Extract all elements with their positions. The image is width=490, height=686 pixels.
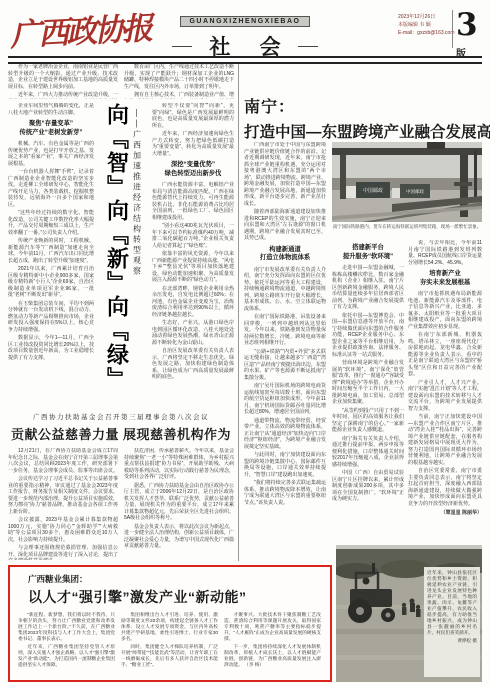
masthead-rule	[8, 56, 482, 64]
section-divider	[238, 64, 239, 561]
masthead-center: GUANGXIZHENGXIEBAO 社 会	[172, 10, 318, 61]
subhead-构建新通道: 构建新通道 打造立体物流体系	[244, 246, 326, 263]
transform-band: 企业车间里热气腾腾的变化，正是八桂大地产业转型的生动注脚。 聚焦“存量变革” 传…	[8, 103, 234, 409]
newspaper-page: 广西政协报 GUANGXIZHENGXIEBAO 社 会 2023年12月26日…	[0, 0, 490, 686]
subhead-存量变革: 聚焦“存量变革” 传统产业“老树发新芽”	[8, 120, 94, 137]
main-headline-subtitle: ——广西加速推进经济结构转型观察	[132, 103, 143, 409]
truck-label: 中国邮政	[406, 188, 424, 195]
editor-line: 本版编辑 韦 颖	[398, 21, 460, 29]
caption-text: 近年来，钟山县依托区位优势和乡土资源，积极延伸农业产业链，引进龙头企业发展特色种…	[427, 570, 477, 635]
subhead-培育新产业: 培育新产业 夯实未来发展根基	[408, 270, 482, 287]
transform-intro: 作为一家老牌冶金企业，南南铝业是民营广西转型升级的一个大缩影。通过产业升级、技术…	[8, 64, 234, 99]
photo-credit: 黄桦松 摄	[427, 638, 477, 644]
sugar-article-box: 广西糖业集团： 以人才“强引擎”激发产业“新动能” “新征程、新梦想，我们将以时…	[8, 565, 332, 682]
field-photo-caption: 近年来，钟山县依托区位优势和乡土资源，积极延伸农业产业链，引进龙头企业发展特色种…	[424, 567, 480, 677]
charity-column-2: 扶危济困，传承慈善薪火。今年以来，基金会持续聚焦“一老一小”等特殊困难群体，为乡…	[124, 448, 234, 560]
vertical-headline-block: 向『智』向『新』向『绿』 ——广西加速推进经济结构转型观察	[94, 103, 152, 409]
transform-column-2: 转型不仅要“向智”“向新”，更要“向绿”。绿色是广西发展最鲜明的底色，也是高质量…	[152, 103, 234, 409]
truck-label: 中国邮政	[363, 187, 383, 194]
transform-article: 作为一家老牌冶金企业，南南铝业是民营广西转型升级的一个大缩影。通过产业升级、技术…	[8, 64, 234, 561]
publication-date: 2023年12月26日	[398, 13, 460, 21]
subhead-变量优势: 深挖“变量优势” 绿色转型迈出新步伐	[152, 161, 234, 178]
port-photo: 中国邮政 中国邮政	[332, 142, 482, 222]
sugar-headline: 以人才“强引擎”激发产业“新动能”	[28, 587, 322, 607]
nanning-column-3: 说，与去年相比，今年前11月南宁国际铁路港到发班列数量、RCEP成员国航线口岸货…	[408, 240, 482, 561]
column-body: 广西水能资源丰富，电解铝产业布局与清洁能源高度匹配。广西在绿色能源替代上持续发力…	[152, 182, 234, 381]
column-body: 南宁市抢抓机遇布局新能源电池、新能源汽车及零部件、电子信息等新兴产业，比亚迪、多…	[408, 291, 482, 507]
field-photo: 近年来，钟山县依托区位优势和乡土资源，积极延伸农业产业链，引进龙头企业发展特色种…	[336, 545, 482, 682]
publication-info: 2023年12月26日 本版编辑 韦 颖 E-mail：gxzxb@163.co…	[398, 13, 460, 37]
transform-column-1: 企业车间里热气腾腾的变化，正是八桂大地产业转型的生动注脚。 聚焦“存量变革” 传…	[8, 103, 94, 409]
charity-article: 广西协力扶助基金会召开第三届理事会第八次会议 贡献公益慈善力量 展现慈善机构作为…	[8, 412, 234, 561]
main-headline: 向『智』向『新』向『绿』	[104, 103, 130, 409]
charity-kicker: 广西协力扶助基金会召开第三届理事会第八次会议	[8, 412, 234, 421]
column-body: 南宁市发展改革委有关负责人介绍，南宁充分发挥面向东盟的区位优势，依托平陆运河等重…	[244, 267, 326, 507]
divider-line	[298, 46, 318, 47]
column-lead: 说，与去年相比，今年前11月南宁国际铁路港到发班列数量、RCEP成员国航线口岸货…	[408, 240, 482, 266]
main-content: 作为一家老牌冶金企业，南南铝业是民营广西转型升级的一个大缩影。通过产业升级、技术…	[8, 64, 482, 561]
divider-line	[172, 46, 192, 47]
nanning-headline: 南宁： 打造中国—东盟跨境产业融合发展高地	[244, 94, 482, 142]
sugar-column-2: 集团相继出台人才引进、培养、使用、激励等制度文件20余项，构建起全链条人才工作体…	[121, 612, 218, 674]
nanning-article: 南宁： 打造中国—东盟跨境产业融合发展高地 广西南宁市处于中国与东盟跨境产业链供…	[244, 64, 482, 561]
divider-line	[452, 10, 453, 48]
page-number: 3版	[456, 8, 486, 61]
page-number-value: 3	[456, 8, 478, 42]
sugar-kicker: 广西糖业集团：	[28, 573, 322, 585]
charity-column-1: 12月21日，在广西协力扶助基金会成立17周年纪念日之际，基金会在南宁召开第三届…	[8, 448, 118, 560]
column-body: 机械、汽车、有色金属等是广西的传统优势产业，也是打牢开放之基、发展之本的“看家产…	[8, 141, 94, 361]
intro-column-1: 作为一家老牌冶金企业，南南铝业是民营广西转型升级的一个大缩影。通过产业升级、技术…	[8, 64, 118, 99]
port-photo-caption: 南宁国际铁路港内，货车在转运海铁联运班列集装箱，现场一派繁忙景象。	[332, 224, 482, 230]
sugar-column-3: 才聚事兴。大批技术骨干聚焦制糖工艺改造、蔗渣综合利用等课题开展攻关，取得国家专利…	[224, 612, 321, 674]
masthead-logo: 广西政协报	[9, 2, 161, 55]
sugar-column-1: “新征程、新梦想，我们将以时不我待、只争朝夕的劲头，努力让广西糖业党建和改革发展…	[18, 612, 115, 674]
nanning-column-1: 广西南宁市处于中国与东盟跨境产业链供应链价值链合作的前沿。记者近期调研发现，近年…	[244, 142, 326, 561]
nanning-headline-kicker: 南宁：	[244, 94, 482, 117]
column-body: 走进中国—东盟金融城，一栋栋高楼鳞次栉比，数百家金融机构（企业）相继入驻。南宁片…	[332, 265, 404, 503]
email-line: E-mail：gxzxb@163.com	[398, 29, 460, 37]
nanning-byline: （覃星星 陈丽华）	[408, 510, 482, 517]
charity-headline: 贡献公益慈善力量 展现慈善机构作为	[8, 424, 234, 443]
masthead-pinyin: GUANGXIZHENGXIEBAO	[180, 16, 309, 27]
nanning-headline-main: 打造中国—东盟跨境产业融合发展高地	[244, 120, 482, 142]
column-lead: 广西南宁市处于中国与东盟跨境产业链供应链价值链合作的前沿。记者近期调研发现，近年…	[244, 142, 326, 242]
column-lead: 企业车间里热气腾腾的变化，正是八桂大地产业转型的生动注脚。	[8, 103, 94, 116]
subhead-搭建新平台: 搭建新平台 提升服务“软环境”	[332, 244, 404, 261]
nanning-column-2: 搭建新平台 提升服务“软环境” 走进中国—东盟金融城，一栋栋高楼鳞次栉比，数百家…	[332, 240, 404, 561]
column-lead: 转型不仅要“向智”“向新”，更要“向绿”。绿色是广西发展最鲜明的底色，也是高质量…	[152, 103, 234, 157]
intro-column-2: 数百亩厂区内，生产线通过技术工艺改造不断升级，实现了产能跃升；钢材深加工企业的L…	[124, 64, 234, 99]
